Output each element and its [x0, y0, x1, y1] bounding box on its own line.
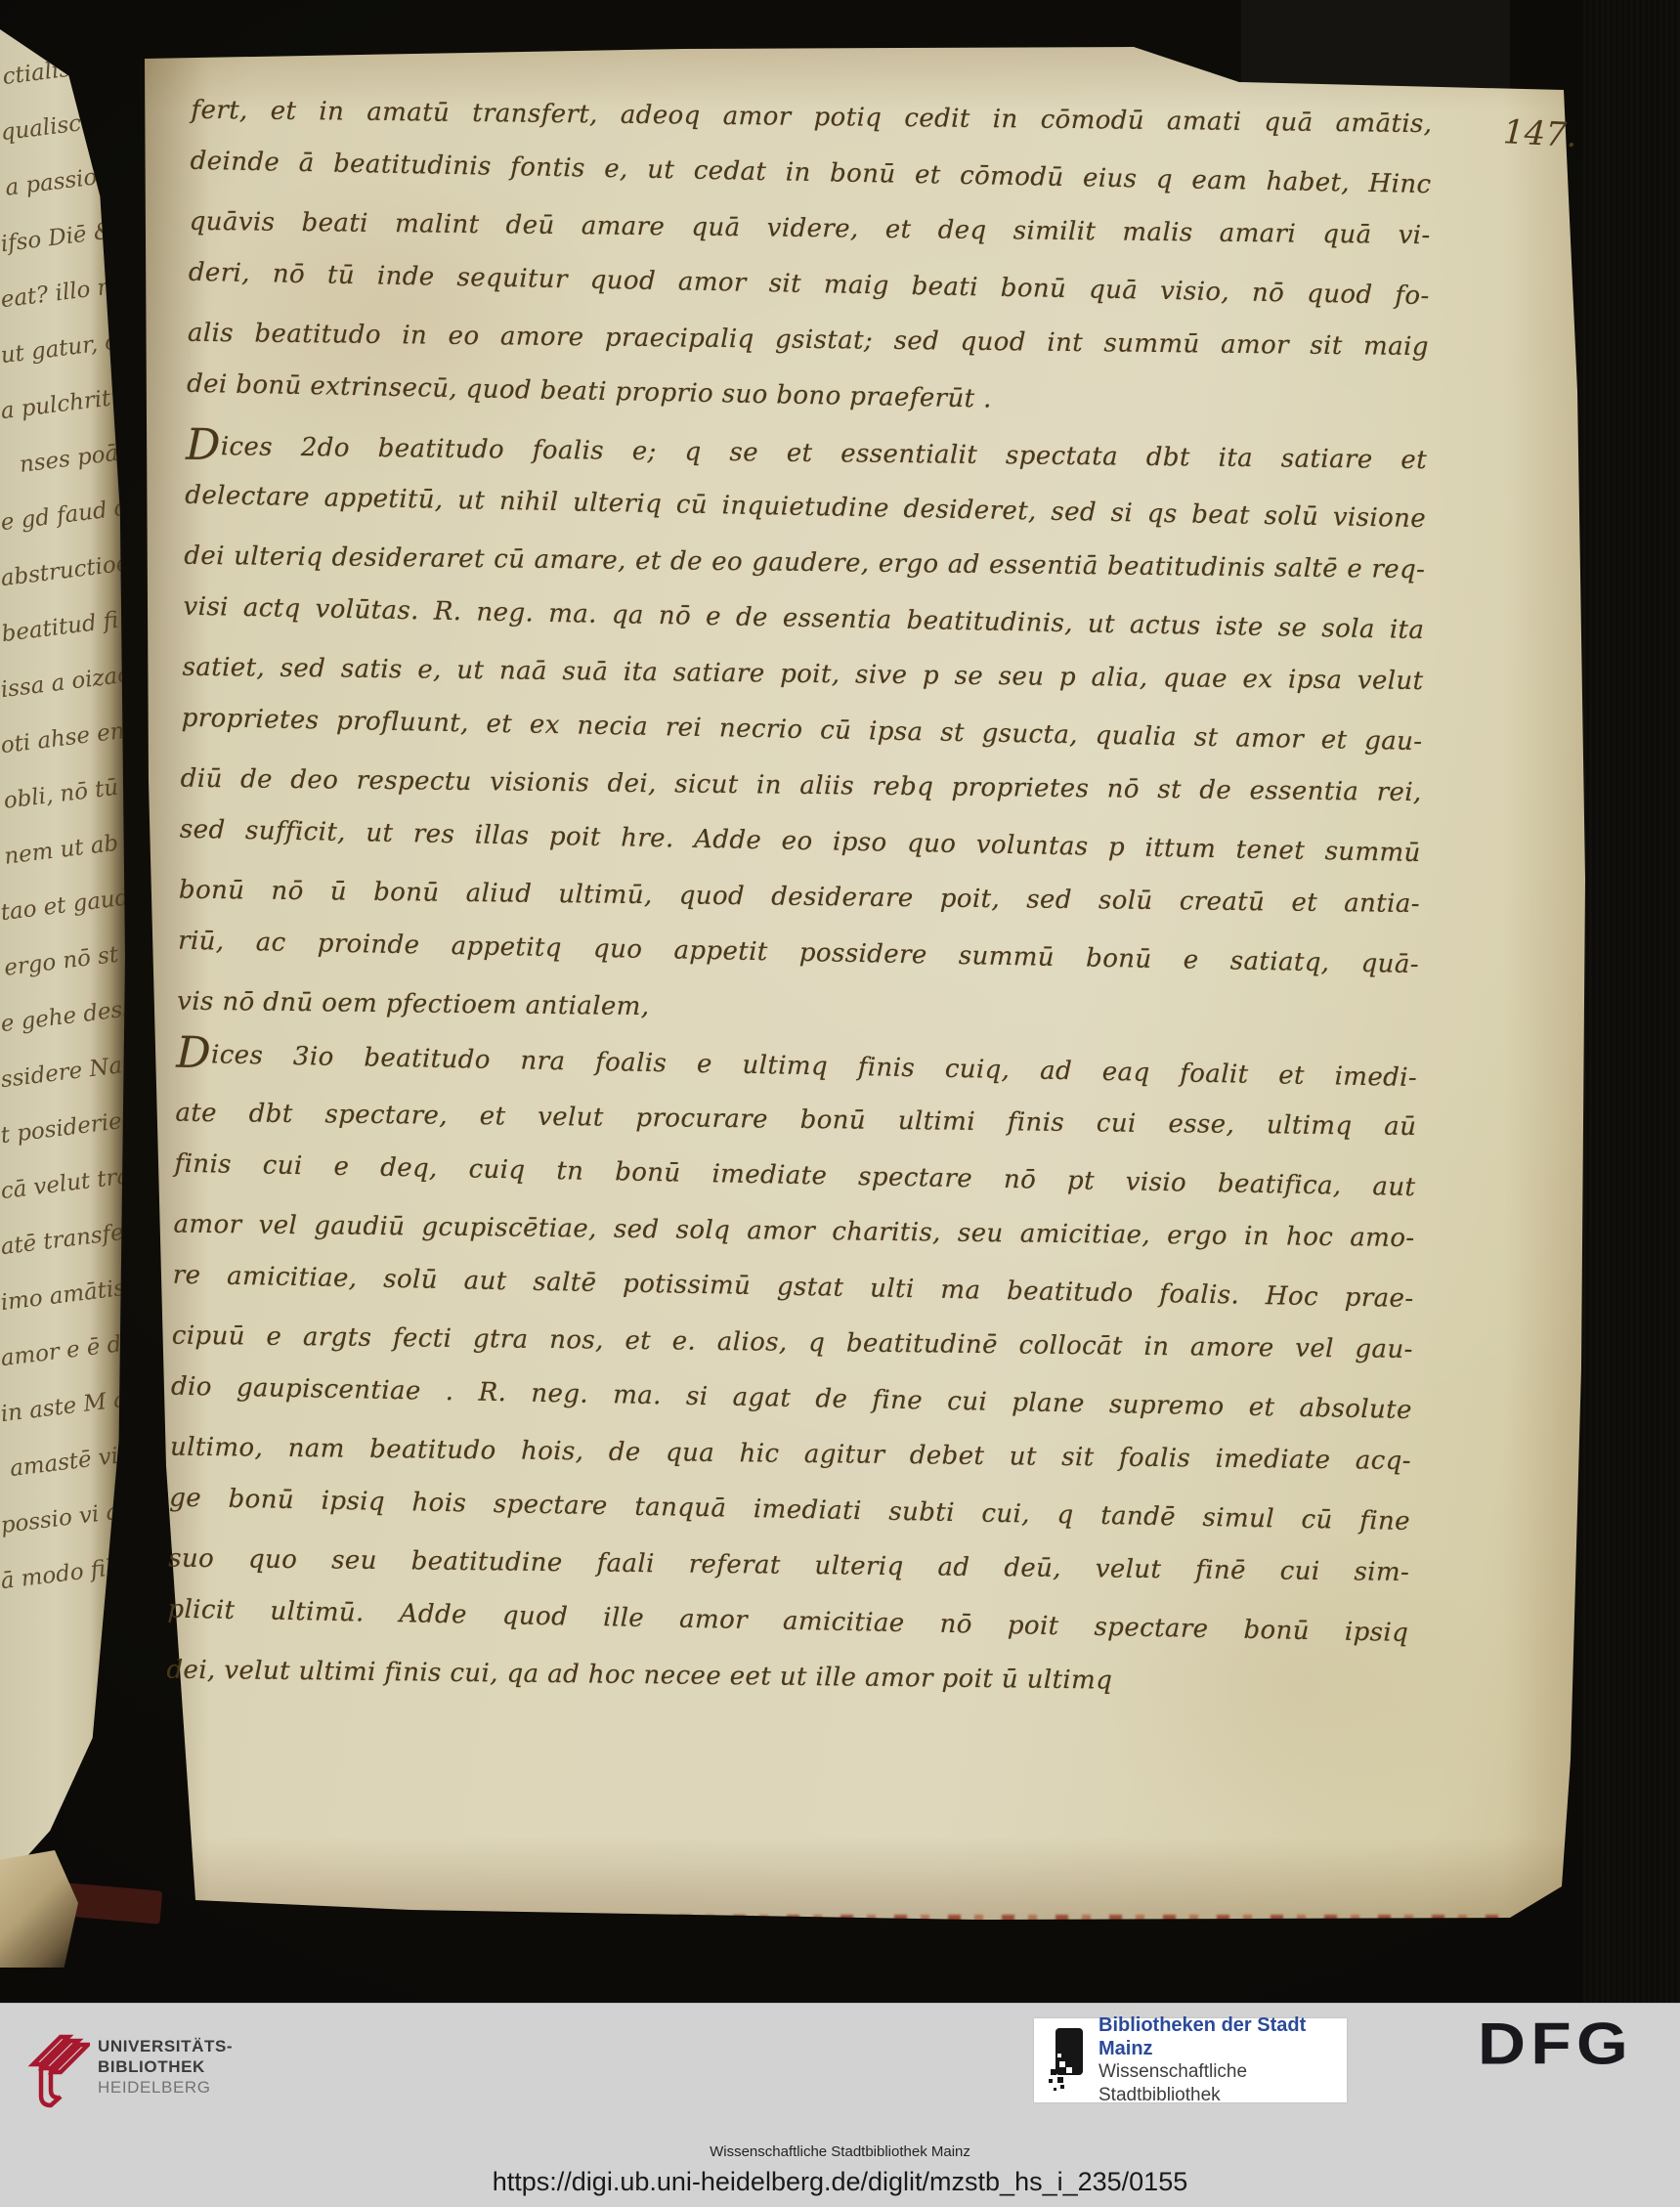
- source-url-watermark: https://digi.ub.uni-heidelberg.de/diglit…: [0, 2167, 1680, 2197]
- background-panel: [1241, 0, 1510, 90]
- ubh-line3: HEIDELBERG: [98, 2077, 233, 2098]
- ub-heidelberg-open-book-icon: [25, 2019, 90, 2109]
- folio-number: 147.: [1502, 112, 1612, 157]
- mainz-wordmark: Bibliotheken der Stadt Mainz Wissenschaf…: [1098, 2013, 1347, 2107]
- mainz-line1: Bibliotheken der Stadt Mainz: [1098, 2013, 1347, 2060]
- ub-heidelberg-wordmark: UNIVERSITÄTS- BIBLIOTHEK HEIDELBERG: [98, 2036, 233, 2098]
- facing-page-text-fragment: ctialis bea: [0, 35, 126, 106]
- facing-page-text-fragments: ctialis beaqualiscūq fita passio bifso D…: [0, 29, 123, 1595]
- provenance-caption: Wissenschaftliche Stadtbibliothek Mainz: [0, 2143, 1680, 2160]
- book-cradle-cloth: [1583, 0, 1680, 2003]
- red-fore-edge-speckle: [195, 1915, 1503, 1924]
- page-block-corner: [0, 1850, 78, 1968]
- ubh-line2: BIBLIOTHEK: [98, 2056, 233, 2077]
- dfg-logo: DFG: [1478, 2010, 1633, 2078]
- photograph-background: ctialis beaqualiscūq fita passio bifso D…: [0, 0, 1680, 2003]
- mainz-book-icon: [1046, 2026, 1089, 2095]
- digitized-manuscript-screenshot: ctialis beaqualiscūq fita passio bifso D…: [0, 0, 1680, 2207]
- mainz-library-logo: Bibliotheken der Stadt Mainz Wissenschaf…: [1034, 2018, 1347, 2102]
- manuscript-text-block: fert, et in amatū transfert, adeoq amor …: [166, 80, 1433, 1715]
- facing-page-edge: ctialis beaqualiscūq fita passio bifso D…: [0, 29, 125, 1886]
- mainz-line2: Wissenschaftliche Stadtbibliothek: [1098, 2060, 1347, 2107]
- footer-bar: UNIVERSITÄTS- BIBLIOTHEK HEIDELBERG: [0, 2003, 1680, 2207]
- ubh-line1: UNIVERSITÄTS-: [98, 2036, 233, 2056]
